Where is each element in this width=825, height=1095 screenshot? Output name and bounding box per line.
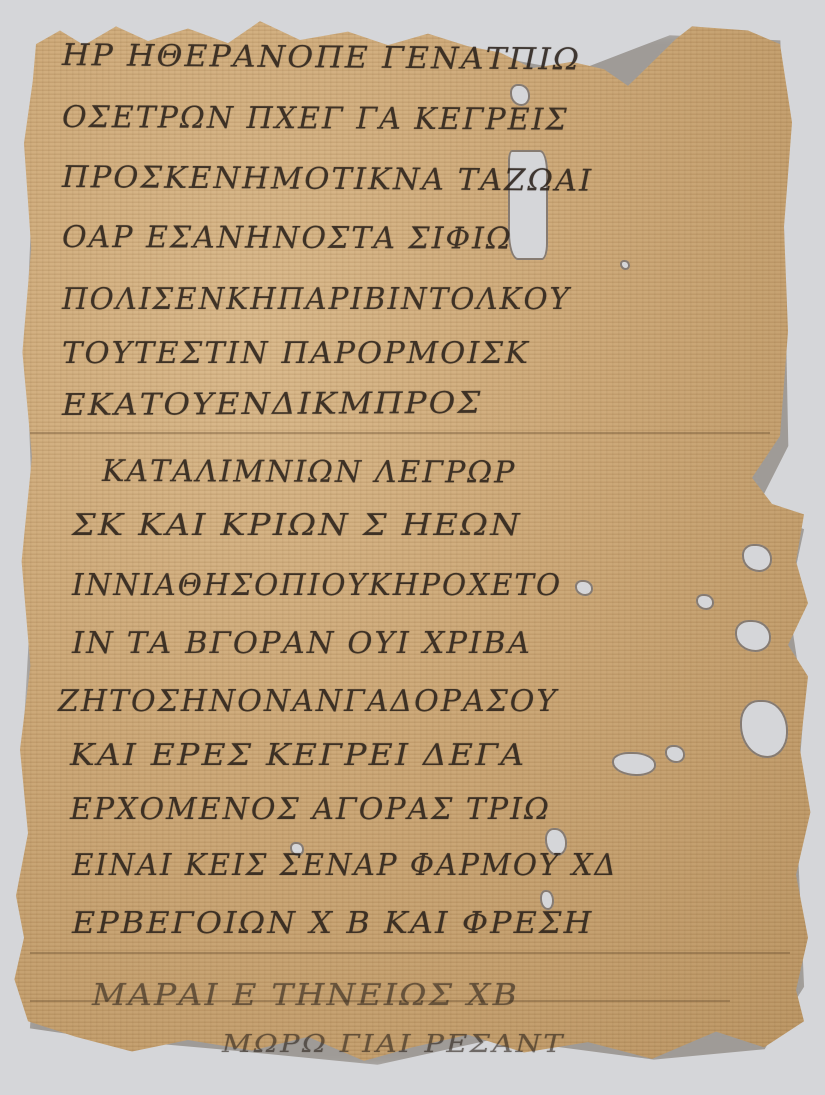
text-line-17: ΜΑΡΑΙ Ε ΤΗΝΕΙΩΣ ΧΒ (92, 978, 519, 1013)
text-line-12: ΖΗΤΟΣΗΝΟΝΑΝΓΑΔΟΡΑΣΟΥ (58, 684, 558, 719)
lacuna-mid-3 (665, 745, 685, 763)
lacuna-left-shadow (620, 260, 630, 270)
text-line-1: ΗΡ ΗΘΕΡΑΝΟΠΕ ΓΕΝΑΤΠΙΩ (62, 38, 581, 78)
text-line-8: ΚΑΤΑΛΙΜΝΙΩΝ ΛΕΓΡΩΡ (102, 454, 516, 490)
text-line-6: ΤΟΥΤΕΣΤΙΝ ΠΑΡΟΡΜΟΙΣΚ (62, 336, 530, 371)
text-line-15: ΕΙΝΑΙ ΚΕΙΣ ΣΕΝΑΡ ΦΑΡΜΟΥ ΧΔ (72, 848, 618, 883)
text-line-5: ΠΟΛΙΣΕΝΚΗΠΑΡΙΒΙΝΤΟΛΚΟΥ (62, 282, 571, 317)
lacuna-mid-1 (575, 580, 593, 596)
fold-line-1 (30, 432, 770, 434)
fold-line-2 (30, 952, 790, 954)
text-line-10: ΙΝΝΙΑΘΗΣΟΠΙΟΥΚΗΡΟΧΕΤΟ (72, 568, 562, 603)
text-line-14: ΕΡΧΟΜΕΝΟΣ ΑΓΟΡΑΣ ΤΡΙΩ (70, 792, 551, 827)
text-line-3: ΠΡΟΣΚΕΝΗΜΟΤΙΚΝΑ ΤΑΖΩΑΙ (62, 160, 593, 199)
text-line-2: ΟΣΕΤΡΩΝ ΠΧΕΓ ΓΑ ΚΕΓΡΕΙΣ (62, 100, 569, 138)
text-line-16: ΕΡΒΕΓΟΙΩΝ Χ Β ΚΑΙ ΦΡΕΣΗ (72, 906, 593, 941)
text-line-11: ΙΝ ΤΑ ΒΓΟΡΑΝ ΟΥΙ ΧΡΙΒΑ (72, 626, 532, 661)
text-line-7: ΕΚΑΤΟΥΕΝΔΙΚΜΠΡΟΣ (62, 386, 483, 423)
text-line-13: ΚΑΙ ΕΡΕΣ ΚΕΓΡΕΙ ΔΕΓΑ (70, 738, 526, 773)
lacuna-right-1 (696, 594, 714, 610)
text-line-4: ΟΑΡ ΕΣΑΝΗΝΟΣΤΑ ΣΙΦΙΩ (62, 220, 513, 257)
text-line-9: ΣΚ ΚΑΙ ΚΡΙΩΝ Σ ΗΕΩΝ (72, 508, 522, 543)
text-line-18: ΜΩΡΩ ΓΙΑΙ ΡΕΣΑΝΤ (222, 1030, 565, 1058)
